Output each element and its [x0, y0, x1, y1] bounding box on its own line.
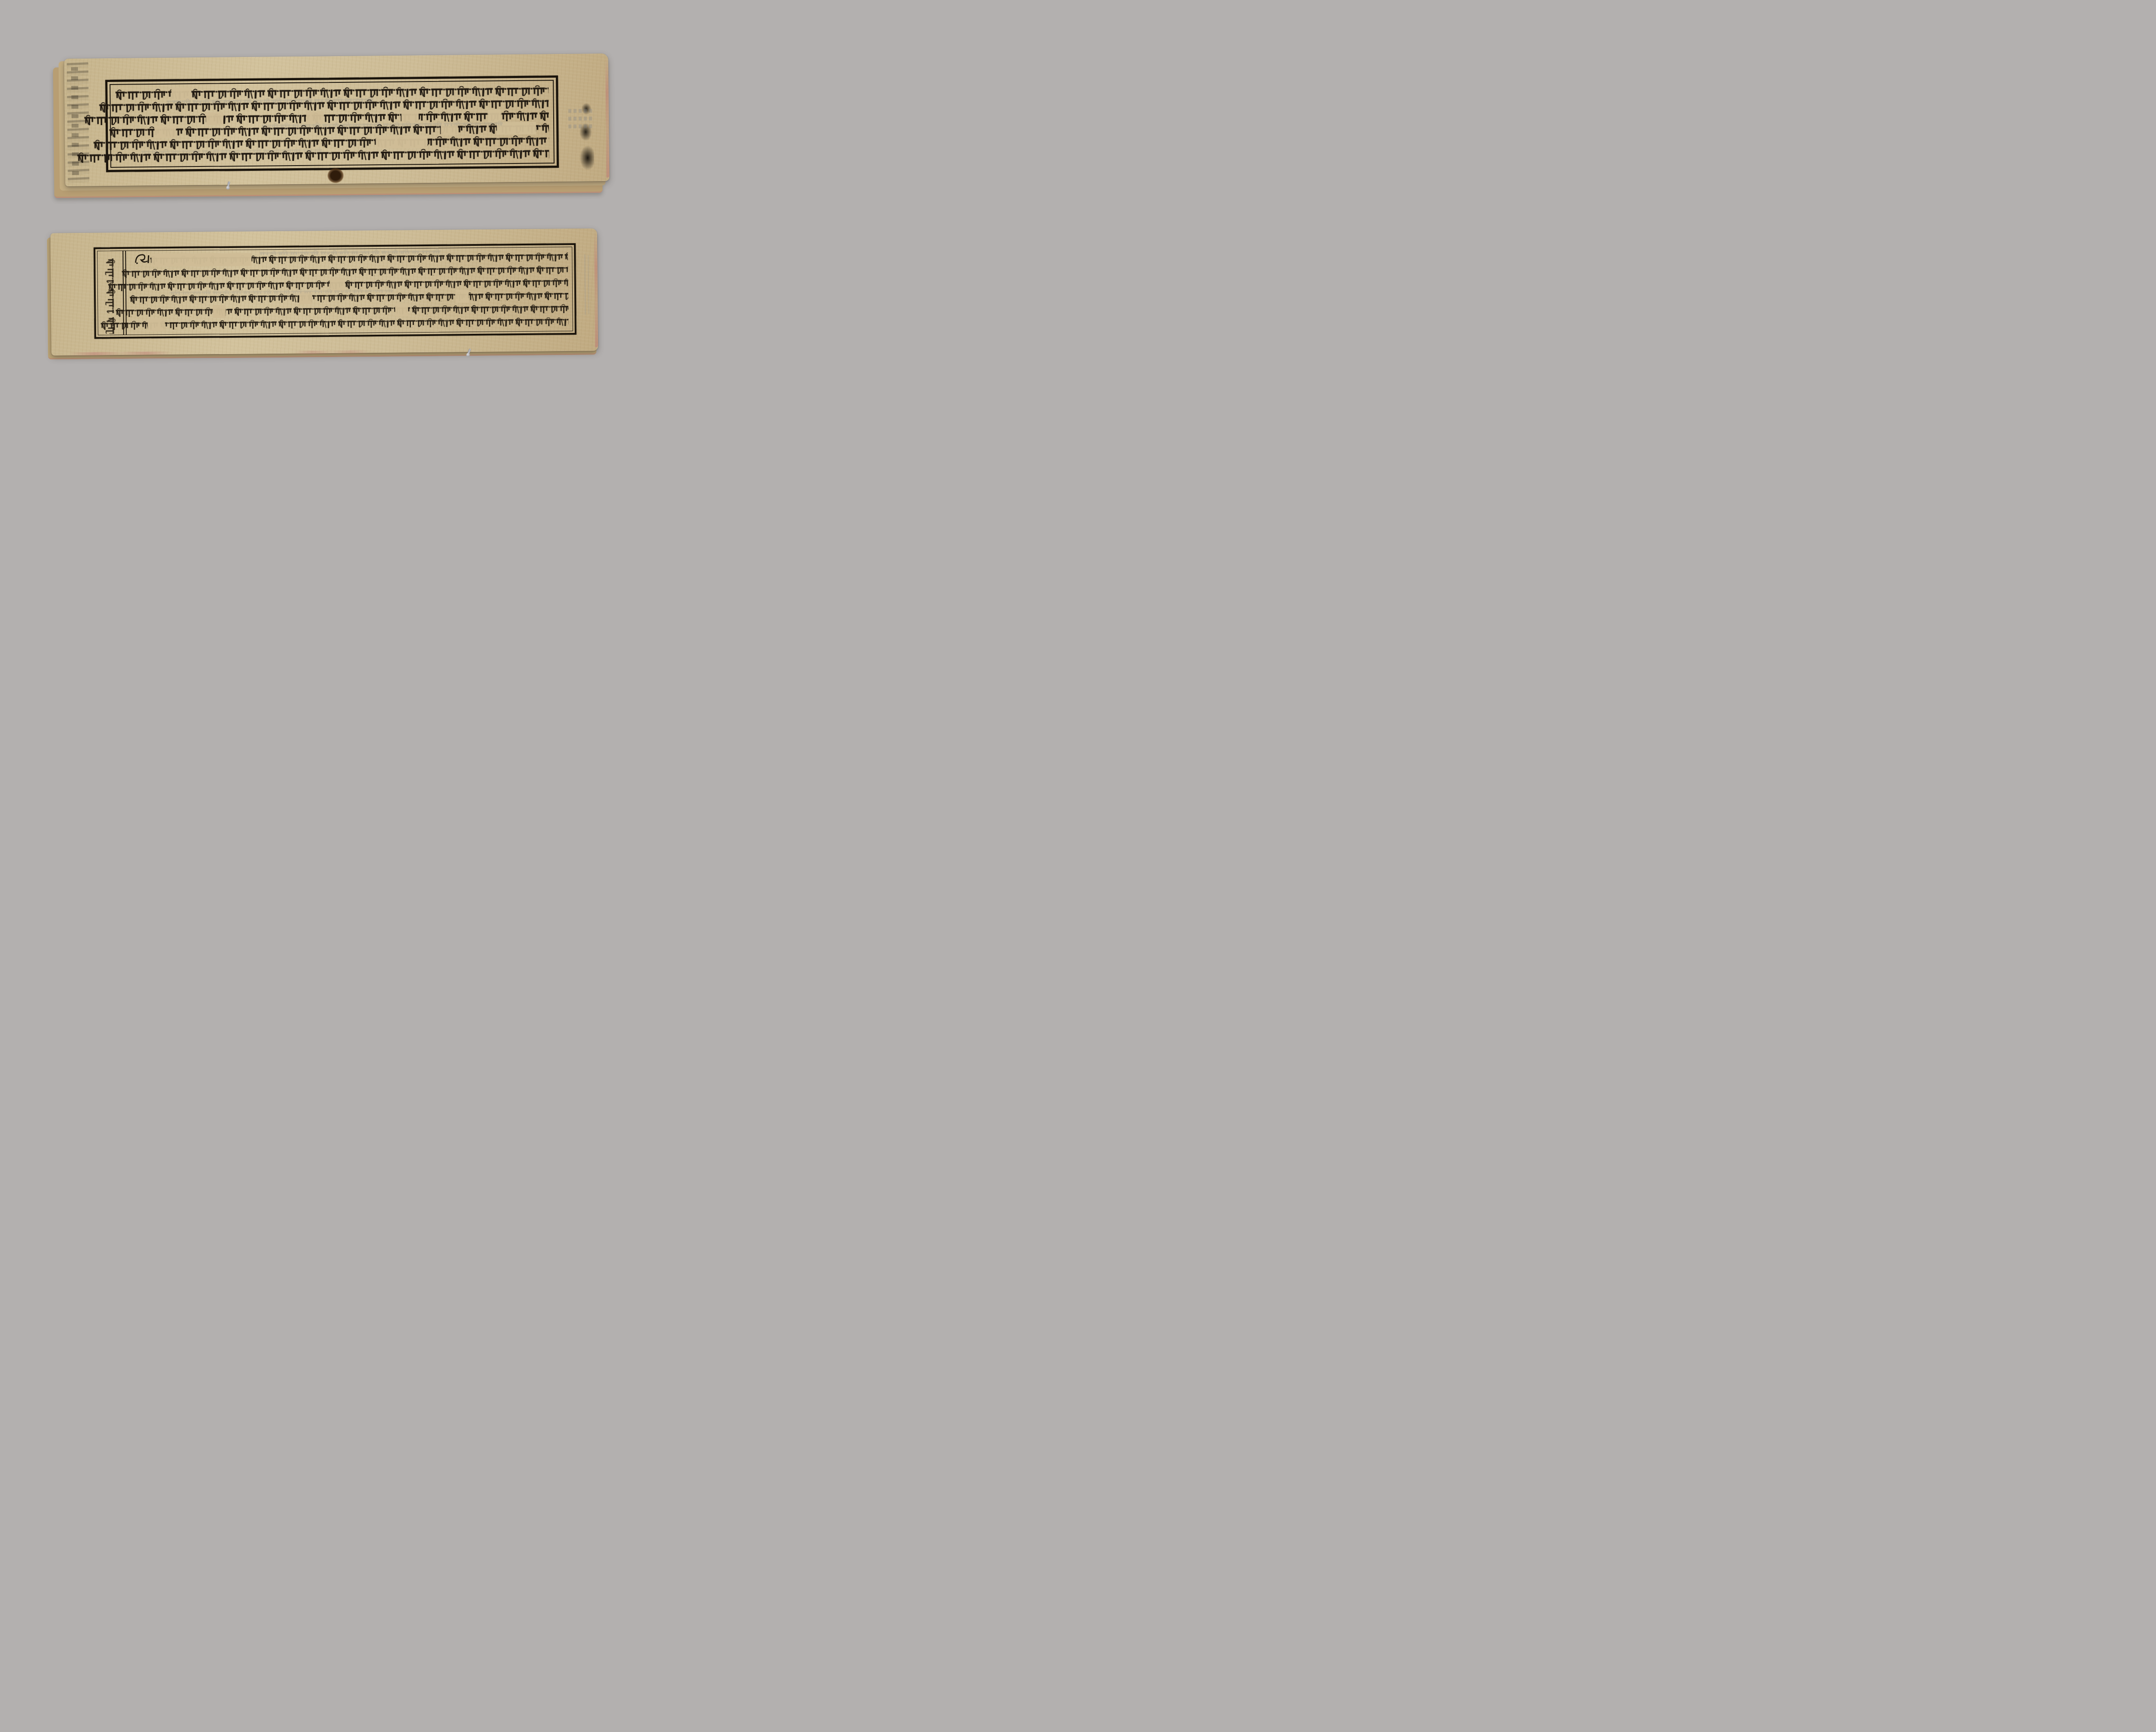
script-texture-vertical — [103, 258, 117, 283]
text-gap — [151, 253, 251, 267]
text-gap — [455, 290, 468, 303]
ghost-text-right-margin — [568, 109, 594, 132]
text-gap — [213, 305, 226, 318]
margin-label-1: ཕྱག་ཆེན — [103, 258, 117, 283]
text-gap — [376, 135, 428, 148]
brown-ink-stain — [324, 165, 347, 187]
script-texture — [100, 317, 569, 330]
bottom-text-frame: ཕྱག་ཆེན ཉམས་ལེན མཛོད — [94, 243, 577, 339]
yig-mgo-head-mark-icon — [134, 253, 150, 265]
bottom-folio-page: ཕྱག་ཆེན ཉམས་ལེན མཛོད — [50, 228, 598, 355]
top-text-block: ཡང་བྱར་བརྟུལ་པ། གཞི་ཤེས་ནས་ཆོས་དྲུག་གིས་… — [115, 84, 549, 163]
photograph-background: ཡང་བྱར་བརྟུལ་པ། གཞི་ཤེས་ནས་ཆོས་དྲུག་གིས་… — [0, 0, 649, 433]
text-gap — [395, 303, 408, 316]
text-gap — [154, 126, 176, 138]
ghost-frame-line — [584, 254, 586, 315]
top-text-frame: ཡང་བྱར་བརྟུལ་པ། གཞི་ཤེས་ནས་ཆོས་དྲུག་གིས་… — [105, 75, 559, 172]
text-gap — [148, 318, 165, 331]
bottom-folio: ཕྱག་ཆེན ཉམས་ལེན མཛོད — [50, 228, 598, 355]
ghost-frame-line — [588, 255, 589, 314]
top-text-frame-inner: ཡང་བྱར་བརྟུལ་པ། གཞི་ཤེས་ནས་ཆོས་དྲུག་གིས་… — [110, 80, 555, 168]
text-gap — [206, 113, 224, 125]
top-folio: ཡང་བྱར་བརྟུལ་པ། གཞི་ཤེས་ནས་ཆོས་དྲུག་གིས་… — [64, 53, 610, 186]
bottom-text-block: ༄༅། ༄༅། །ཕྱི་བུའི་དགོས་པ་དེས་ལམ་ངན་གྱུར་… — [130, 247, 573, 335]
bottom-text-frame-inner: ཕྱག་ཆེན ཉམས་ལེན མཛོད — [97, 247, 573, 336]
top-folio-page: ཡང་བྱར་བརྟུལ་པ། གཞི་ཤེས་ནས་ཆོས་དྲུག་གིས་… — [64, 53, 610, 186]
